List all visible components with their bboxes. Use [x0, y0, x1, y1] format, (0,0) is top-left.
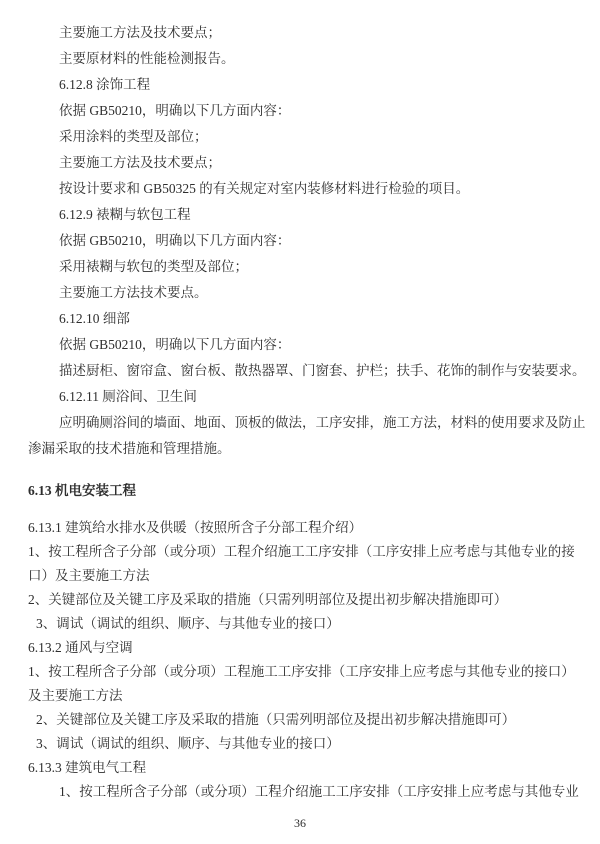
subsection-heading: 6.12.8 涂饰工程	[28, 72, 578, 98]
subsection-heading: 6.13.3 建筑电气工程	[28, 756, 578, 780]
doc-line: 渗漏采取的技术措施和管理措施。	[28, 436, 578, 462]
doc-line: 按设计要求和 GB50325 的有关规定对室内装修材料进行检验的项目。	[28, 176, 578, 202]
doc-line: 依据 GB50210，明确以下几方面内容：	[28, 228, 578, 254]
section-6-12-body: 主要施工方法及技术要点； 主要原材料的性能检测报告。 6.12.8 涂饰工程 依…	[28, 20, 578, 462]
subsection-heading: 6.12.9 裱糊与软包工程	[28, 202, 578, 228]
doc-line: 1、按工程所含子分部（或分项）工程施工工序安排（工序安排上应考虑与其他专业的接口…	[28, 660, 578, 684]
doc-line: 主要施工方法及技术要点；	[28, 150, 578, 176]
doc-line: 主要施工方法技术要点。	[28, 280, 578, 306]
section-6-13-body: 6.13.1 建筑给水排水及供暖（按照所含子分部工程介绍） 1、按工程所含子分部…	[28, 516, 578, 804]
doc-line: 主要施工方法及技术要点；	[28, 20, 578, 46]
doc-line: 3、调试（调试的组织、顺序、与其他专业的接口）	[28, 732, 578, 756]
page-number: 36	[0, 816, 600, 831]
subsection-heading: 6.13.2 通风与空调	[28, 636, 578, 660]
doc-line: 依据 GB50210，明确以下几方面内容：	[28, 98, 578, 124]
doc-line: 口）及主要施工方法	[28, 564, 578, 588]
subsection-heading: 6.12.11 厕浴间、卫生间	[28, 384, 578, 410]
doc-line: 应明确厕浴间的墙面、地面、顶板的做法，工序安排，施工方法，材料的使用要求及防止	[28, 410, 578, 436]
doc-line: 采用涂料的类型及部位；	[28, 124, 578, 150]
doc-line: 采用裱糊与软包的类型及部位；	[28, 254, 578, 280]
subsection-heading: 6.12.10 细部	[28, 306, 578, 332]
subsection-heading: 6.13.1 建筑给水排水及供暖（按照所含子分部工程介绍）	[28, 516, 578, 540]
doc-line: 1、按工程所含子分部（或分项）工程介绍施工工序安排（工序安排上应考虑与其他专业	[28, 780, 578, 804]
document-page: 主要施工方法及技术要点； 主要原材料的性能检测报告。 6.12.8 涂饰工程 依…	[0, 0, 600, 844]
doc-line: 描述厨柜、窗帘盒、窗台板、散热器罩、门窗套、护栏；扶手、花饰的制作与安装要求。	[28, 358, 578, 384]
doc-line: 主要原材料的性能检测报告。	[28, 46, 578, 72]
doc-line: 2、关键部位及关键工序及采取的措施（只需列明部位及提出初步解决措施即可）	[28, 588, 578, 612]
doc-line: 2、关键部位及关键工序及采取的措施（只需列明部位及提出初步解决措施即可）	[28, 708, 578, 732]
doc-line: 1、按工程所含子分部（或分项）工程介绍施工工序安排（工序安排上应考虑与其他专业的…	[28, 540, 578, 564]
chapter-heading-6-13: 6.13 机电安装工程	[28, 478, 578, 504]
doc-line: 3、调试（调试的组织、顺序、与其他专业的接口）	[28, 612, 578, 636]
doc-line: 依据 GB50210，明确以下几方面内容：	[28, 332, 578, 358]
doc-line: 及主要施工方法	[28, 684, 578, 708]
